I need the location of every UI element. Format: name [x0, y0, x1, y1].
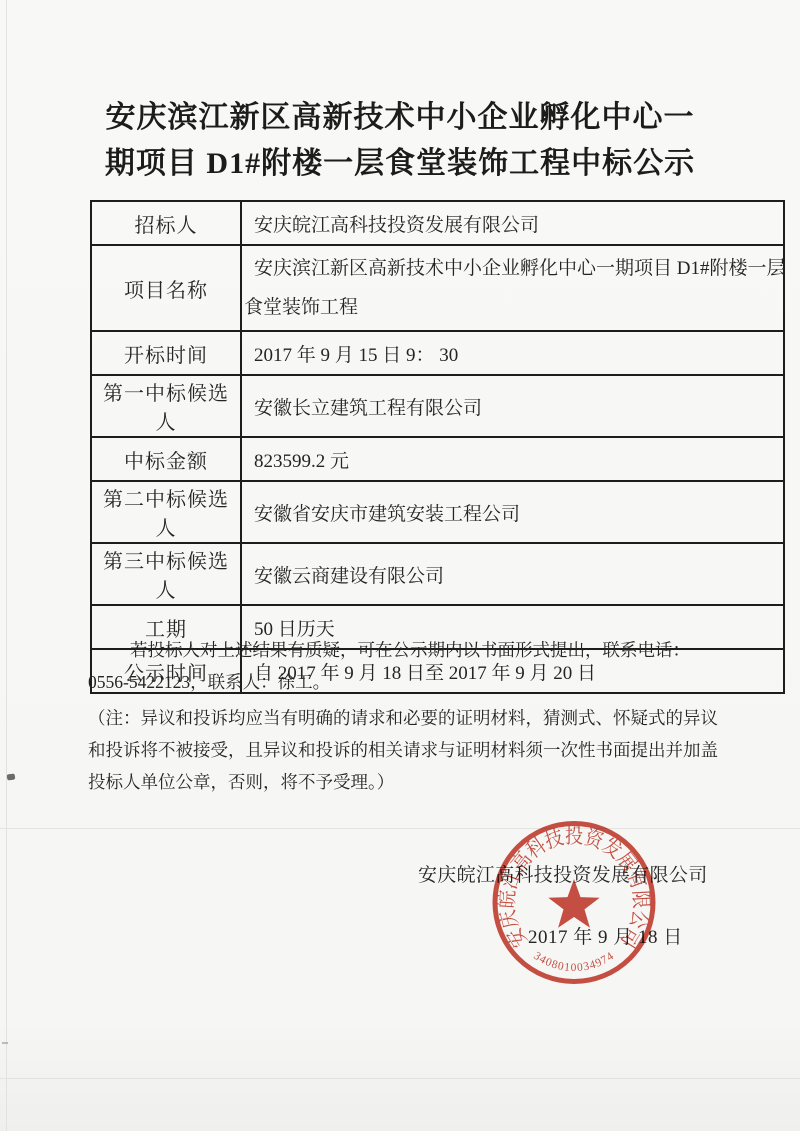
row-label: 开标时间	[91, 331, 241, 375]
scan-artifact	[2, 1042, 8, 1044]
row-value: 823599.2 元	[241, 437, 784, 481]
row-value: 安庆滨江新区高新技术中小企业孵化中心一期项目 D1#附楼一层 食堂装饰工程	[241, 245, 784, 331]
project-name-line2: 食堂装饰工程	[242, 296, 782, 320]
note-line: 若投标人对上述结果有质疑，可在公示期内以书面形式提出，联系电话：	[88, 634, 748, 666]
notes-section: 若投标人对上述结果有质疑，可在公示期内以书面形式提出，联系电话： 0556-54…	[88, 634, 748, 798]
table-row: 招标人 安庆皖江高科技投资发展有限公司	[91, 201, 784, 245]
note-line: 0556-5422123，联系人：徐工。	[88, 666, 748, 698]
row-value: 安徽省安庆市建筑安装工程公司	[241, 481, 784, 543]
project-name-line1: 安庆滨江新区高新技术中小企业孵化中心一期项目 D1#附楼一层	[242, 257, 782, 281]
table-row: 项目名称 安庆滨江新区高新技术中小企业孵化中心一期项目 D1#附楼一层 食堂装饰…	[91, 245, 784, 331]
table-row: 第三中标候选人 安徽云商建设有限公司	[91, 543, 784, 605]
table-row: 第二中标候选人 安徽省安庆市建筑安装工程公司	[91, 481, 784, 543]
note-line: 和投诉将不被接受，且异议和投诉的相关请求与证明材料须一次性书面提出并加盖	[88, 734, 748, 766]
document-title: 安庆滨江新区高新技术中小企业孵化中心一 期项目 D1#附楼一层食堂装饰工程中标公…	[0, 95, 800, 187]
table-row: 第一中标候选人 安徽长立建筑工程有限公司	[91, 375, 784, 437]
row-value: 安庆皖江高科技投资发展有限公司	[241, 201, 784, 245]
seal-star-icon	[548, 879, 599, 928]
row-label: 中标金额	[91, 437, 241, 481]
row-value: 安徽云商建设有限公司	[241, 543, 784, 605]
note-line: （注：异议和投诉均应当有明确的请求和必要的证明材料，猜测式、怀疑式的异议	[88, 702, 748, 734]
row-label: 第一中标候选人	[91, 375, 241, 437]
document-title-line1: 安庆滨江新区高新技术中小企业孵化中心一	[0, 95, 800, 141]
scan-artifact	[7, 773, 16, 780]
seal-number: 3408010034974	[531, 950, 616, 974]
scan-crease	[0, 1078, 800, 1079]
row-value: 安徽长立建筑工程有限公司	[241, 375, 784, 437]
row-label: 第三中标候选人	[91, 543, 241, 605]
bid-result-table: 招标人 安庆皖江高科技投资发展有限公司 项目名称 安庆滨江新区高新技术中小企业孵…	[90, 200, 785, 694]
row-label: 第二中标候选人	[91, 481, 241, 543]
row-label: 招标人	[91, 201, 241, 245]
document-title-line2: 期项目 D1#附楼一层食堂装饰工程中标公示	[0, 141, 800, 187]
row-label: 项目名称	[91, 245, 241, 331]
table-row: 中标金额 823599.2 元	[91, 437, 784, 481]
scanned-document-page: 安庆滨江新区高新技术中小企业孵化中心一 期项目 D1#附楼一层食堂装饰工程中标公…	[0, 0, 800, 1131]
table-row: 开标时间 2017 年 9 月 15 日 9： 30	[91, 331, 784, 375]
company-seal: 安庆皖江高科技投资发展有限公司 3408010034974	[454, 783, 694, 1023]
row-value: 2017 年 9 月 15 日 9： 30	[241, 331, 784, 375]
